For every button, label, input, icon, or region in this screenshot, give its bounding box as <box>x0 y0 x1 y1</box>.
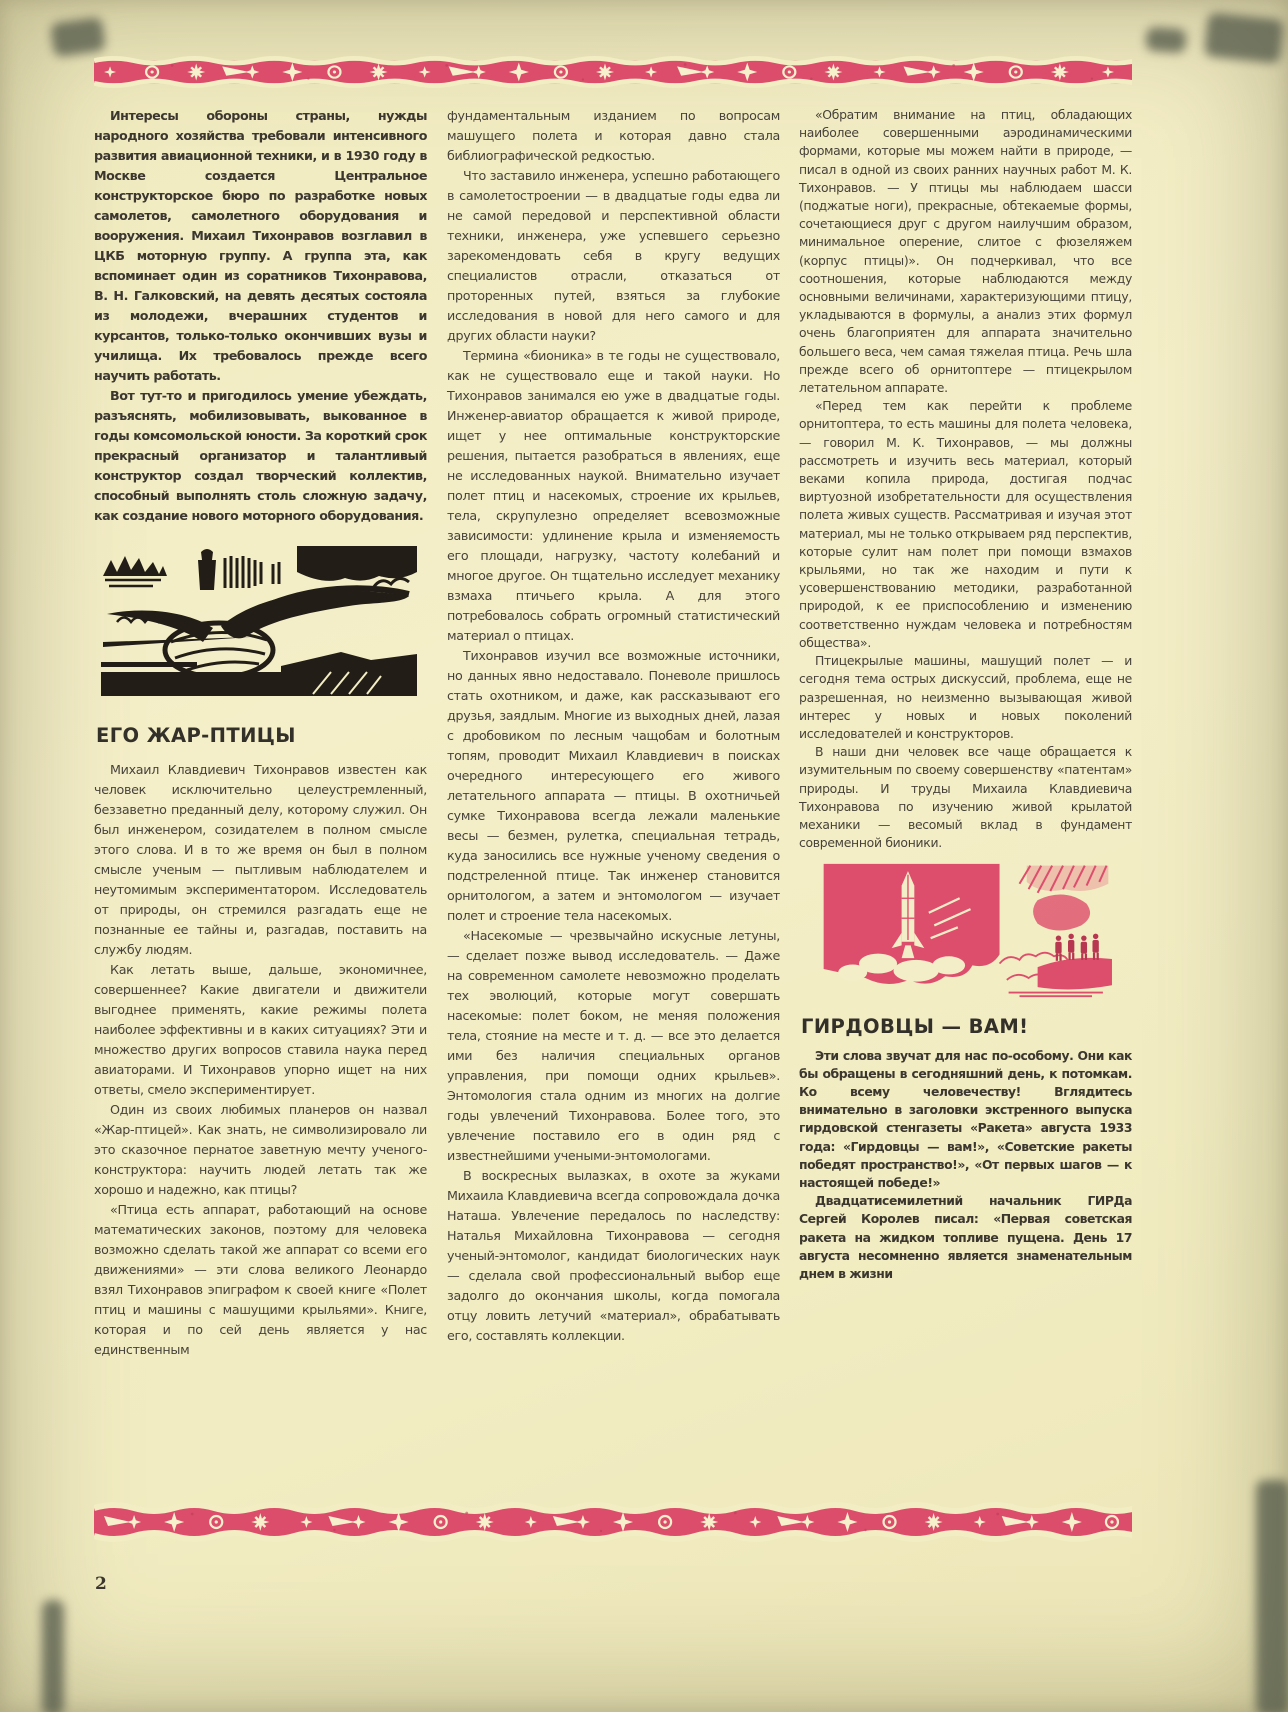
page-number: 2 <box>95 1574 107 1594</box>
scan-shadow-top-right-2 <box>1145 27 1187 54</box>
paragraph: В наши дни человек все чаще обращается к… <box>799 743 1132 852</box>
ornamental-border-top <box>94 56 1132 88</box>
paragraph: Термина «бионика» в те годы не существов… <box>447 346 780 646</box>
text-column-3: «Обратим внимание на птиц, обладающих на… <box>799 106 1132 1283</box>
article-heading-girdovtsy: ГИРДОВЦЫ — ВАМ! <box>801 1018 1132 1036</box>
paragraph: «Обратим внимание на птиц, обладающих на… <box>799 106 1132 397</box>
paragraph: Как летать выше, дальше, экономичнее, со… <box>94 960 427 1100</box>
paragraph: Что заставило инженера, успешно работающ… <box>447 166 780 346</box>
paragraph: Интересы обороны страны, нужды народного… <box>94 106 427 386</box>
paragraph: Двадцатисемилетний начальник ГИРДа Серге… <box>799 1192 1132 1283</box>
paragraph: Вот тут-то и пригодилось умение убеждать… <box>94 386 427 526</box>
scan-shadow-top-left <box>50 17 106 58</box>
paragraph: «Птица есть аппарат, работающий на основ… <box>94 1200 427 1360</box>
paragraph: В воскресных вылазках, в охоте за жуками… <box>447 1166 780 1346</box>
paragraph: Птицекрылые машины, машущий полет — и се… <box>799 652 1132 743</box>
paragraph: «Перед тем как перейти к проблеме орнито… <box>799 397 1132 652</box>
text-column-2: фундаментальным изданием по вопросам маш… <box>447 106 780 1346</box>
paragraph: Один из своих любимых планеров он назвал… <box>94 1100 427 1200</box>
paragraph: Михаил Клавдиевич Тихонравов известен ка… <box>94 760 427 960</box>
paragraph: Тихонравов изучил все возможные источник… <box>447 646 780 926</box>
article-heading-firebirds: ЕГО ЖАР-ПТИЦЫ <box>96 726 427 746</box>
onlooker-figures <box>1055 934 1099 961</box>
text-column-1: Интересы обороны страны, нужды народного… <box>94 106 427 1360</box>
rocket-illustration <box>805 862 1127 998</box>
ornamental-border-bottom <box>94 1500 1132 1546</box>
paragraph: «Насекомые — чрезвычайно искусные летуны… <box>447 926 780 1166</box>
paragraph: фундаментальным изданием по вопросам маш… <box>447 106 780 166</box>
magazine-page: Интересы обороны страны, нужды народного… <box>0 0 1288 1712</box>
paragraph: Эти слова звучат для нас по-особому. Они… <box>799 1047 1132 1193</box>
scan-shadow-top-right <box>1204 12 1284 64</box>
ornithopter-illustration <box>100 546 418 696</box>
scan-shadow-bottom-right <box>1256 1480 1288 1712</box>
scan-shadow-bottom-left <box>42 1600 64 1712</box>
